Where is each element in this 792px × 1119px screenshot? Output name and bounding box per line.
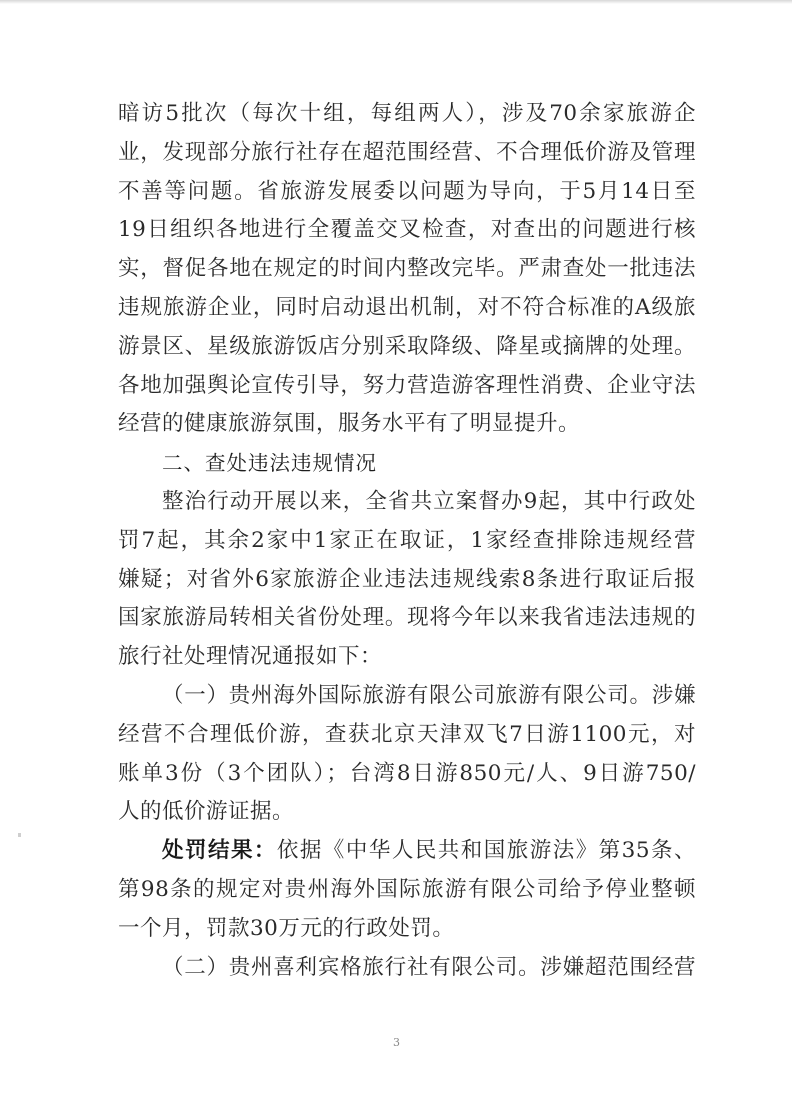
text-line: 第98条的规定对贵州海外国际旅游有限公司给予停业整顿 [118, 871, 696, 910]
text-line: 整治行动开展以来，全省共立案督办9起，其中行政处 [118, 483, 696, 522]
penalty-text: 依据《中华人民共和国旅游法》第35条、 [277, 838, 696, 863]
paragraph-penalty: 处罚结果：依据《中华人民共和国旅游法》第35条、 第98条的规定对贵州海外国际旅… [118, 832, 696, 948]
scan-margin-mark [18, 833, 21, 837]
text-line: 罚7起，其余2家中1家正在取证，1家经查排除违规经营 [118, 522, 696, 561]
paragraph-case-one: （一）贵州海外国际旅游有限公司旅游有限公司。涉嫌 经营不合理低价游，查获北京天津… [118, 677, 696, 832]
text-line: 经营的健康旅游氛围，服务水平有了明显提升。 [118, 405, 696, 444]
text-line: 嫌疑；对省外6家旅游企业违法违规线索8条进行取证后报 [118, 561, 696, 600]
text-line: 不善等问题。省旅游发展委以问题为导向，于5月14日至 [118, 173, 696, 212]
text-line: 各地加强舆论宣传引导，努力营造游客理性消费、企业守法 [118, 367, 696, 406]
paragraph-section-intro: 整治行动开展以来，全省共立案督办9起，其中行政处 罚7起，其余2家中1家正在取证… [118, 483, 696, 677]
text-line: 经营不合理低价游，查获北京天津双飞7日游1100元，对 [118, 716, 696, 755]
text-line: 暗访5批次（每次十组，每组两人），涉及70余家旅游企 [118, 95, 696, 134]
paragraph-continuation: 暗访5批次（每次十组，每组两人），涉及70余家旅游企 业，发现部分旅行社存在超范… [118, 95, 696, 444]
text-line: （二）贵州喜利宾格旅行社有限公司。涉嫌超范围经营 [118, 949, 696, 988]
text-line: 业，发现部分旅行社存在超范围经营、不合理低价游及管理 [118, 134, 696, 173]
text-line: 旅行社处理情况通报如下： [118, 638, 696, 677]
text-line: 游景区、星级旅游饭店分别采取降级、降星或摘牌的处理。 [118, 328, 696, 367]
text-line: （一）贵州海外国际旅游有限公司旅游有限公司。涉嫌 [118, 677, 696, 716]
text-line: 一个月，罚款30万元的行政处罚。 [118, 910, 696, 949]
scan-edge-shadow [0, 0, 792, 4]
paragraph-case-two: （二）贵州喜利宾格旅行社有限公司。涉嫌超范围经营 [118, 949, 696, 988]
penalty-label: 处罚结果： [162, 838, 277, 863]
text-line: 国家旅游局转相关省份处理。现将今年以来我省违法违规的 [118, 599, 696, 638]
text-line: 账单3份（3个团队）；台湾8日游850元/人、9日游750/ [118, 755, 696, 794]
text-line: 实，督促各地在规定的时间内整改完毕。严肃查处一批违法 [118, 250, 696, 289]
page-number: 3 [393, 1036, 400, 1049]
document-page-body: 暗访5批次（每次十组，每组两人），涉及70余家旅游企 业，发现部分旅行社存在超范… [118, 95, 696, 987]
text-line: 19日组织各地进行全覆盖交叉检查，对查出的问题进行核 [118, 211, 696, 250]
text-line: 违规旅游企业，同时启动退出机制，对不符合标准的A级旅 [118, 289, 696, 328]
text-line: 处罚结果：依据《中华人民共和国旅游法》第35条、 [118, 832, 696, 871]
text-line: 人的低价游证据。 [118, 793, 696, 832]
section-heading: 二、查处违法违规情况 [118, 444, 696, 483]
